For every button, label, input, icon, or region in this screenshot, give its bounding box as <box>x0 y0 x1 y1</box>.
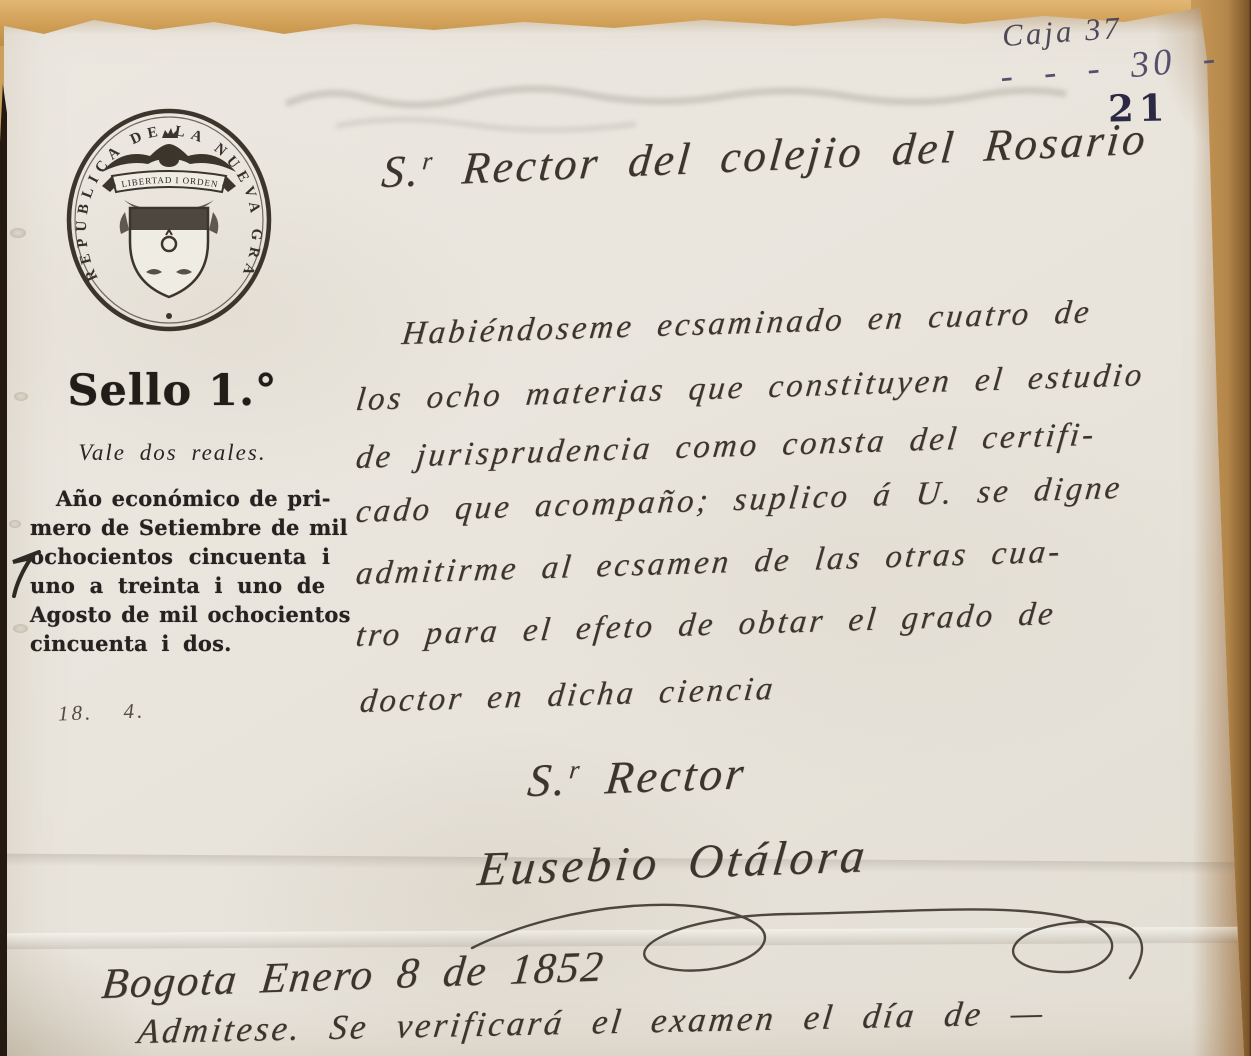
vocative-rest: Rector <box>603 747 749 803</box>
period-line: Año económico de pri- <box>30 484 322 513</box>
period-line: mero de Setiembre de mil <box>30 513 322 542</box>
sello-period-paragraph: Año económico de pri- mero de Setiembre … <box>30 484 322 658</box>
period-line: cincuenta i dos. <box>30 629 322 658</box>
pen-tick-mark <box>5 546 45 604</box>
period-line: ochocientos cincuenta i <box>30 542 322 571</box>
nueva-granada-seal: REPUBLICA DE LA NUEVA GRANADA. LIBERTAD … <box>62 104 276 336</box>
period-line: Agosto de mil ochocientos <box>30 600 322 629</box>
seal-banner: LIBERTAD I ORDEN <box>102 171 236 192</box>
salutation-sup: r <box>421 148 436 176</box>
seal-dot <box>166 313 172 319</box>
vocative-sup: r <box>568 756 584 785</box>
vocative-abbr: S. <box>525 753 571 806</box>
seal-shield <box>120 208 219 297</box>
sello-value-line: Vale dos reales. <box>45 440 300 466</box>
sello-title: Sello 1.° <box>45 366 300 416</box>
edge-damage <box>9 520 21 528</box>
folio-note: 18. 4. <box>58 698 146 726</box>
period-line: uno a treinta i uno de <box>30 571 322 600</box>
edge-damage <box>10 228 26 238</box>
salutation-abbr: S. <box>380 145 425 197</box>
vocative-line: S.r Rector <box>525 746 749 807</box>
edge-damage <box>14 392 28 401</box>
edge-damage <box>13 624 28 633</box>
